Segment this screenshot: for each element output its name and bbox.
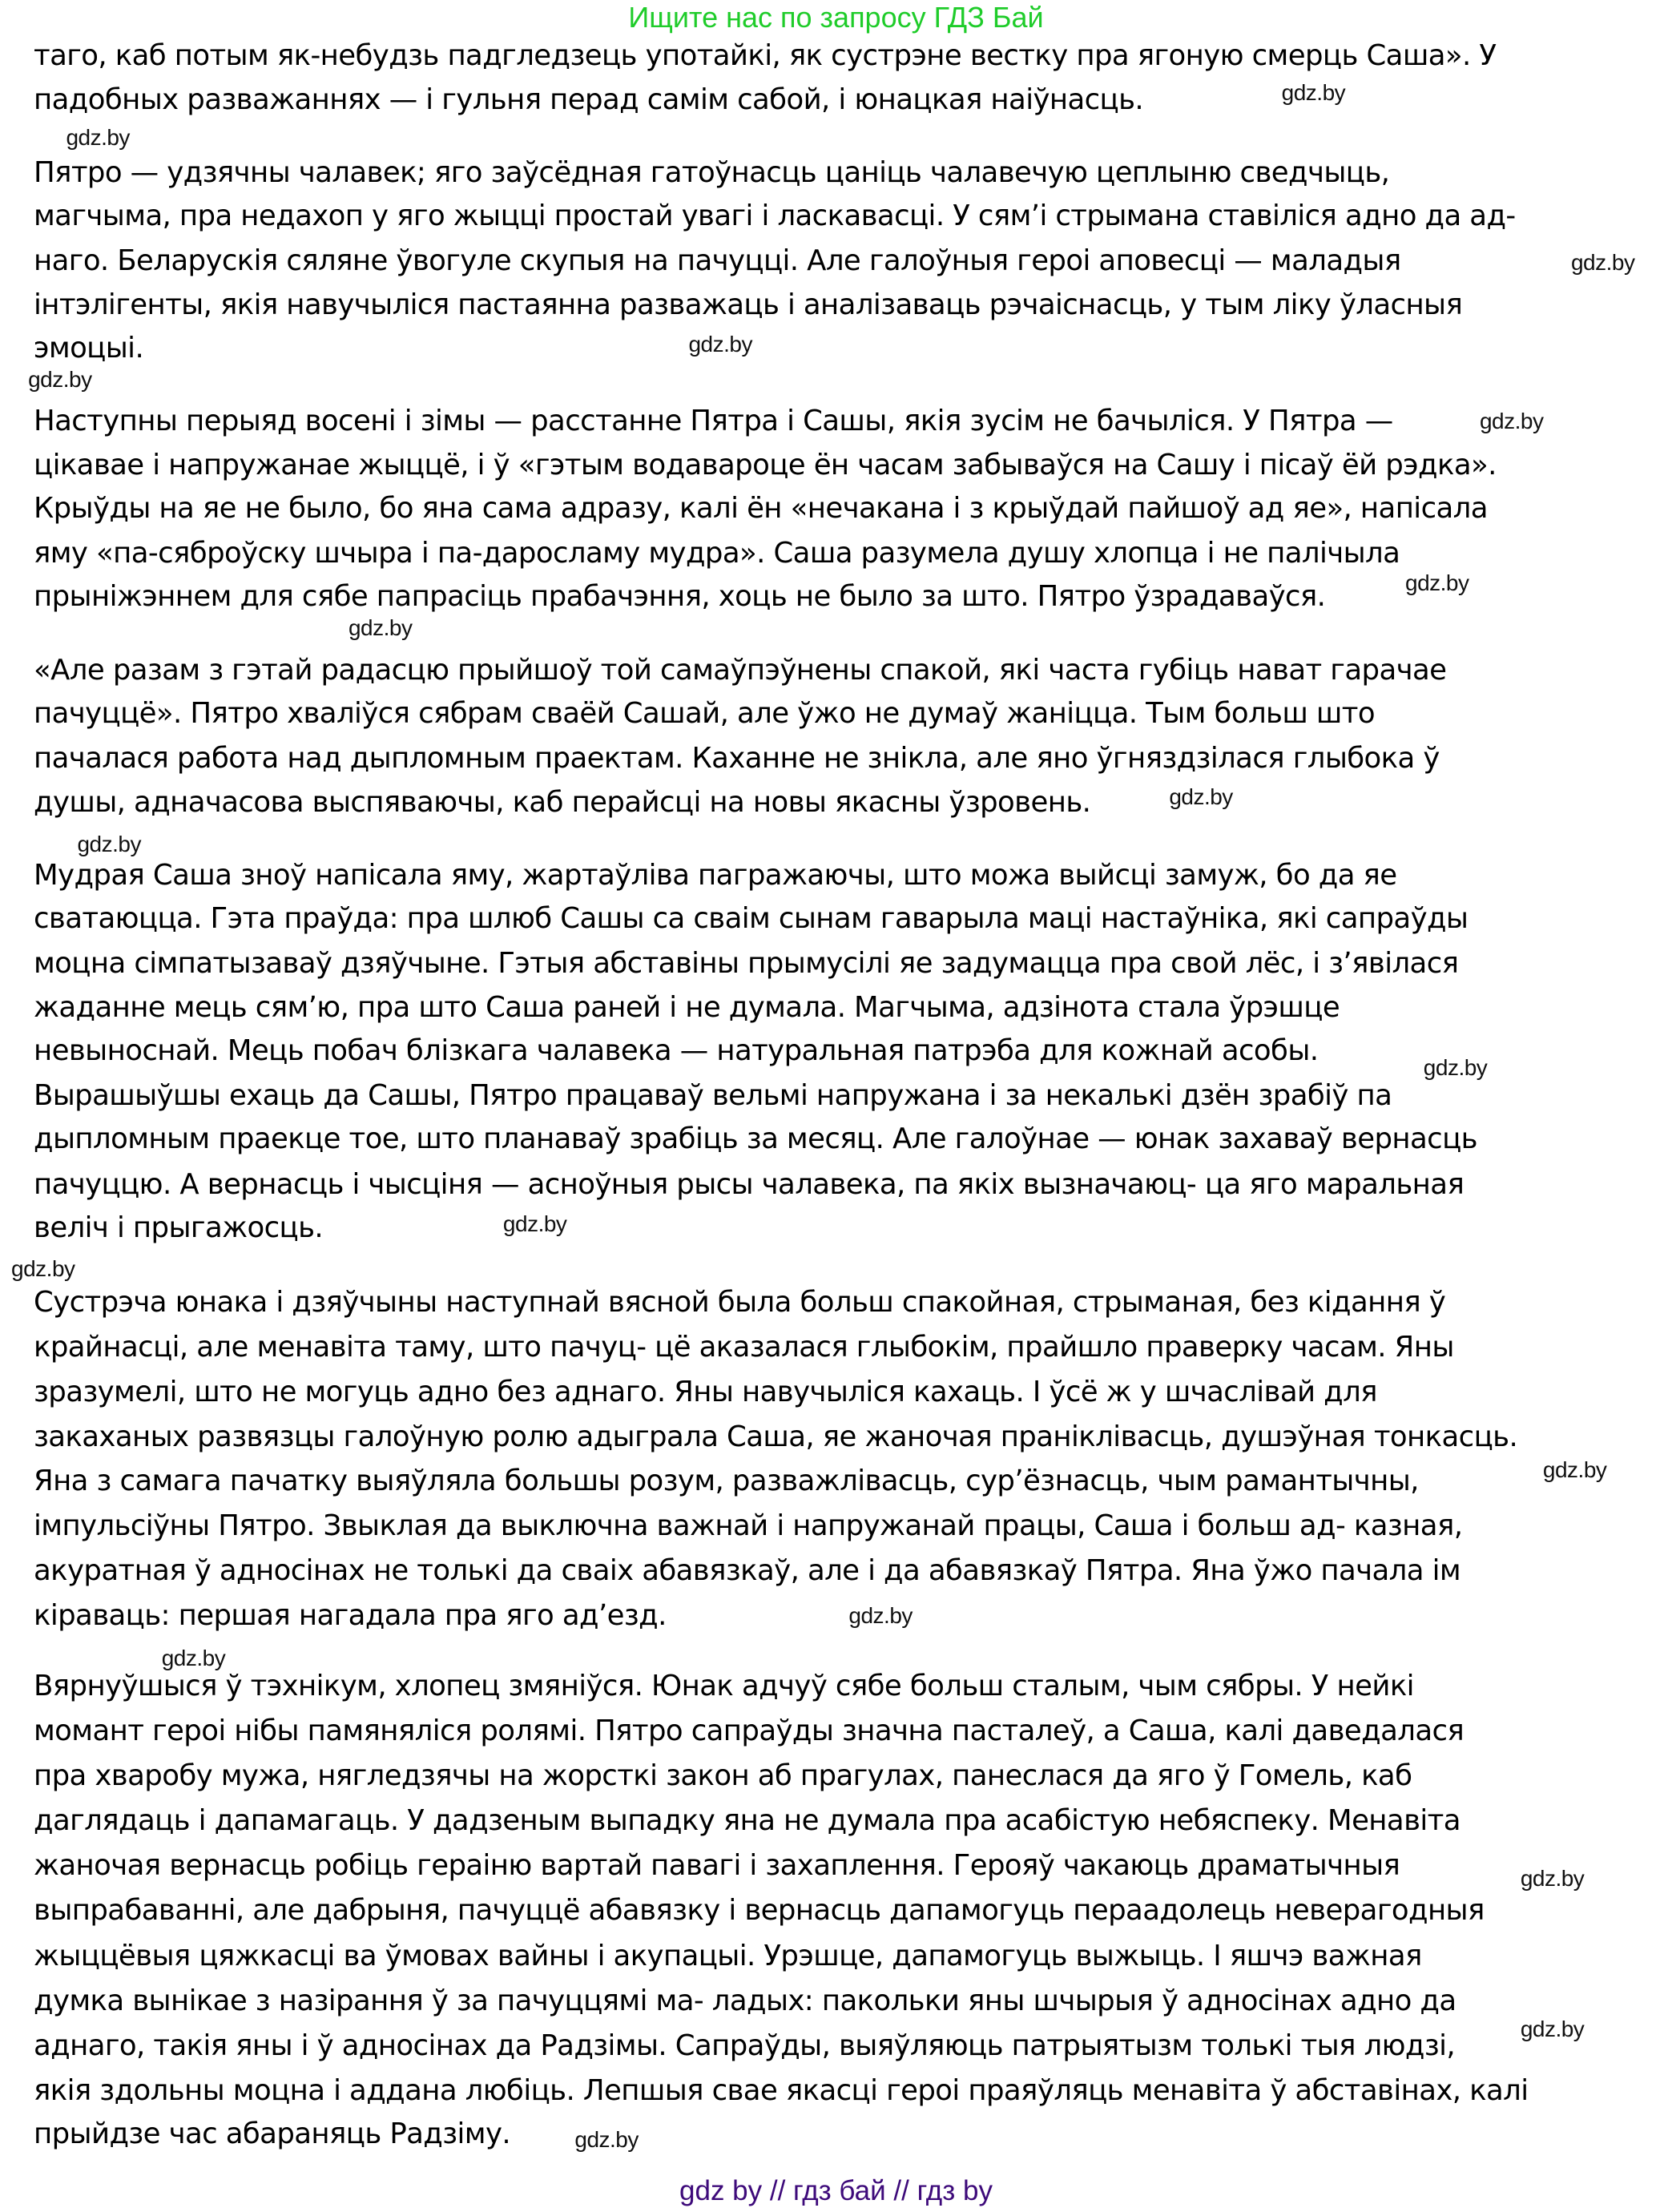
text-line: цікавае і напружанае жыццё, і ў «гэтым в…	[34, 446, 1497, 485]
text-line: моцна сімпатызаваў дзяўчыне. Гэтыя абста…	[34, 945, 1458, 983]
text-line: таго, каб потым як-небудзь падгледзець у…	[34, 37, 1496, 75]
text-line: якія здольны моцна і аддана любіць. Лепш…	[34, 2072, 1529, 2110]
text-line: Наступны перыяд восені і зімы — расстанн…	[34, 402, 1393, 441]
text-line: Крыўды на яе не было, бо яна сама адразу…	[34, 490, 1488, 528]
text-line: думка вынікае з назірання ў за пачуццямі…	[34, 1982, 1456, 2021]
text-line: пачалася работа над дыпломным праектам. …	[34, 739, 1440, 778]
watermark-text: gdz.by	[162, 1646, 226, 1671]
watermark-text: gdz.by	[66, 125, 130, 151]
watermark-text: gdz.by	[77, 832, 141, 857]
text-line: даглядаць і дапамагаць. У дадзеным выпад…	[34, 1802, 1460, 1840]
watermark-text: gdz.by	[503, 1211, 567, 1237]
text-line: зразумелі, што не могуць адно без аднаго…	[34, 1373, 1377, 1412]
text-line: выпрабаванні, але дабрыня, пачуццё абавя…	[34, 1892, 1485, 1930]
text-line: прыйдзе час абараняць Радзіму.	[34, 2115, 510, 2154]
text-line: жыццёвыя цяжкасці ва ўмовах вайны і акуп…	[34, 1937, 1422, 1976]
text-line: жаночая вернасць робіць гераіню вартай п…	[34, 1847, 1400, 1885]
text-line: жаданне мець сям’ю, пра што Саша раней і…	[34, 989, 1340, 1027]
text-line: наго. Беларускія сяляне ўвогуле скупыя н…	[34, 242, 1401, 280]
text-line: Мудрая Саша зноў напісала яму, жартаўлів…	[34, 856, 1397, 895]
watermark-text: gdz.by	[349, 615, 413, 641]
text-line: сватаюцца. Гэта праўда: пра шлюб Сашы са…	[34, 900, 1468, 938]
site-footer: gdz by // гдз бай // гдз by	[0, 2173, 1672, 2211]
text-line: пачуццю. А вернасць і чысціня — асноўныя…	[34, 1166, 1464, 1204]
watermark-text: gdz.by	[1282, 80, 1346, 106]
watermark-text: gdz.by	[1543, 1457, 1607, 1483]
text-line: момант героі нібы памяняліся ролямі. Пят…	[34, 1712, 1464, 1751]
watermark-text: gdz.by	[1521, 2017, 1585, 2042]
text-line: пра хваробу мужа, нягледзячы на жорсткі …	[34, 1757, 1412, 1795]
text-line: закаханых развязцы галоўную ролю адыграл…	[34, 1418, 1517, 1457]
watermark-text: gdz.by	[574, 2127, 639, 2153]
text-line: душы, адначасова выспяваючы, каб перайсц…	[34, 784, 1090, 822]
text-line: яму «па-сяброўску шчыра і па-даросламу м…	[34, 534, 1400, 573]
text-line: пачуццё». Пятро хваліўся сябрам сваёй Са…	[34, 695, 1375, 733]
watermark-text: gdz.by	[1405, 570, 1469, 596]
text-line: акуратная ў адносінах не толькі да сваіх…	[34, 1552, 1460, 1590]
text-line: Яна з самага пачатку выяўляла большы роз…	[34, 1462, 1419, 1501]
site-banner: Ищите нас по запросу ГДЗ Бай	[0, 0, 1672, 37]
text-line: кіраваць: першая нагадала пра яго ад’езд…	[34, 1597, 667, 1635]
text-line: дыпломным праекце тое, што планаваў зраб…	[34, 1120, 1477, 1158]
watermark-text: gdz.by	[1424, 1055, 1488, 1081]
text-line: аднаго, такія яны і ў адносінах да Радзі…	[34, 2027, 1455, 2065]
text-line: эмоцыі.	[34, 329, 143, 368]
text-line: прыніжэннем для сябе папрасіць прабачэнн…	[34, 578, 1325, 616]
watermark-text: gdz.by	[688, 332, 752, 357]
text-line: «Але разам з гэтай радасцю прыйшоў той с…	[34, 651, 1446, 690]
text-line: Сустрэча юнака і дзяўчыны наступнай вясн…	[34, 1283, 1445, 1322]
watermark-text: gdz.by	[848, 1603, 913, 1629]
watermark-text: gdz.by	[11, 1256, 75, 1282]
watermark-text: gdz.by	[1521, 1866, 1585, 1892]
text-line: веліч і прыгажосць.	[34, 1209, 323, 1247]
text-line: імпульсіўны Пятро. Звыклая да выключна в…	[34, 1507, 1462, 1545]
text-line: магчыма, пра недахоп у яго жыцці простай…	[34, 197, 1516, 236]
watermark-text: gdz.by	[1169, 784, 1233, 810]
watermark-text: gdz.by	[28, 367, 92, 393]
watermark-text: gdz.by	[1480, 409, 1544, 434]
text-line: інтэлігенты, якія навучыліся пастаянна р…	[34, 286, 1462, 324]
text-line: Пятро — удзячны чалавек; яго заўсёдная г…	[34, 154, 1389, 192]
watermark-text: gdz.by	[1571, 250, 1635, 276]
text-line: крайнасці, але менавіта таму, што пачуц-…	[34, 1328, 1454, 1367]
text-line: Вырашыўшы ехаць да Сашы, Пятро працаваў …	[34, 1077, 1392, 1115]
text-line: Вярнуўшыся ў тэхнікум, хлопец змяніўся. …	[34, 1667, 1414, 1706]
text-line: невыноснай. Мець побач блізкага чалавека…	[34, 1032, 1318, 1070]
text-line: падобных разважаннях — і гульня перад са…	[34, 81, 1143, 119]
